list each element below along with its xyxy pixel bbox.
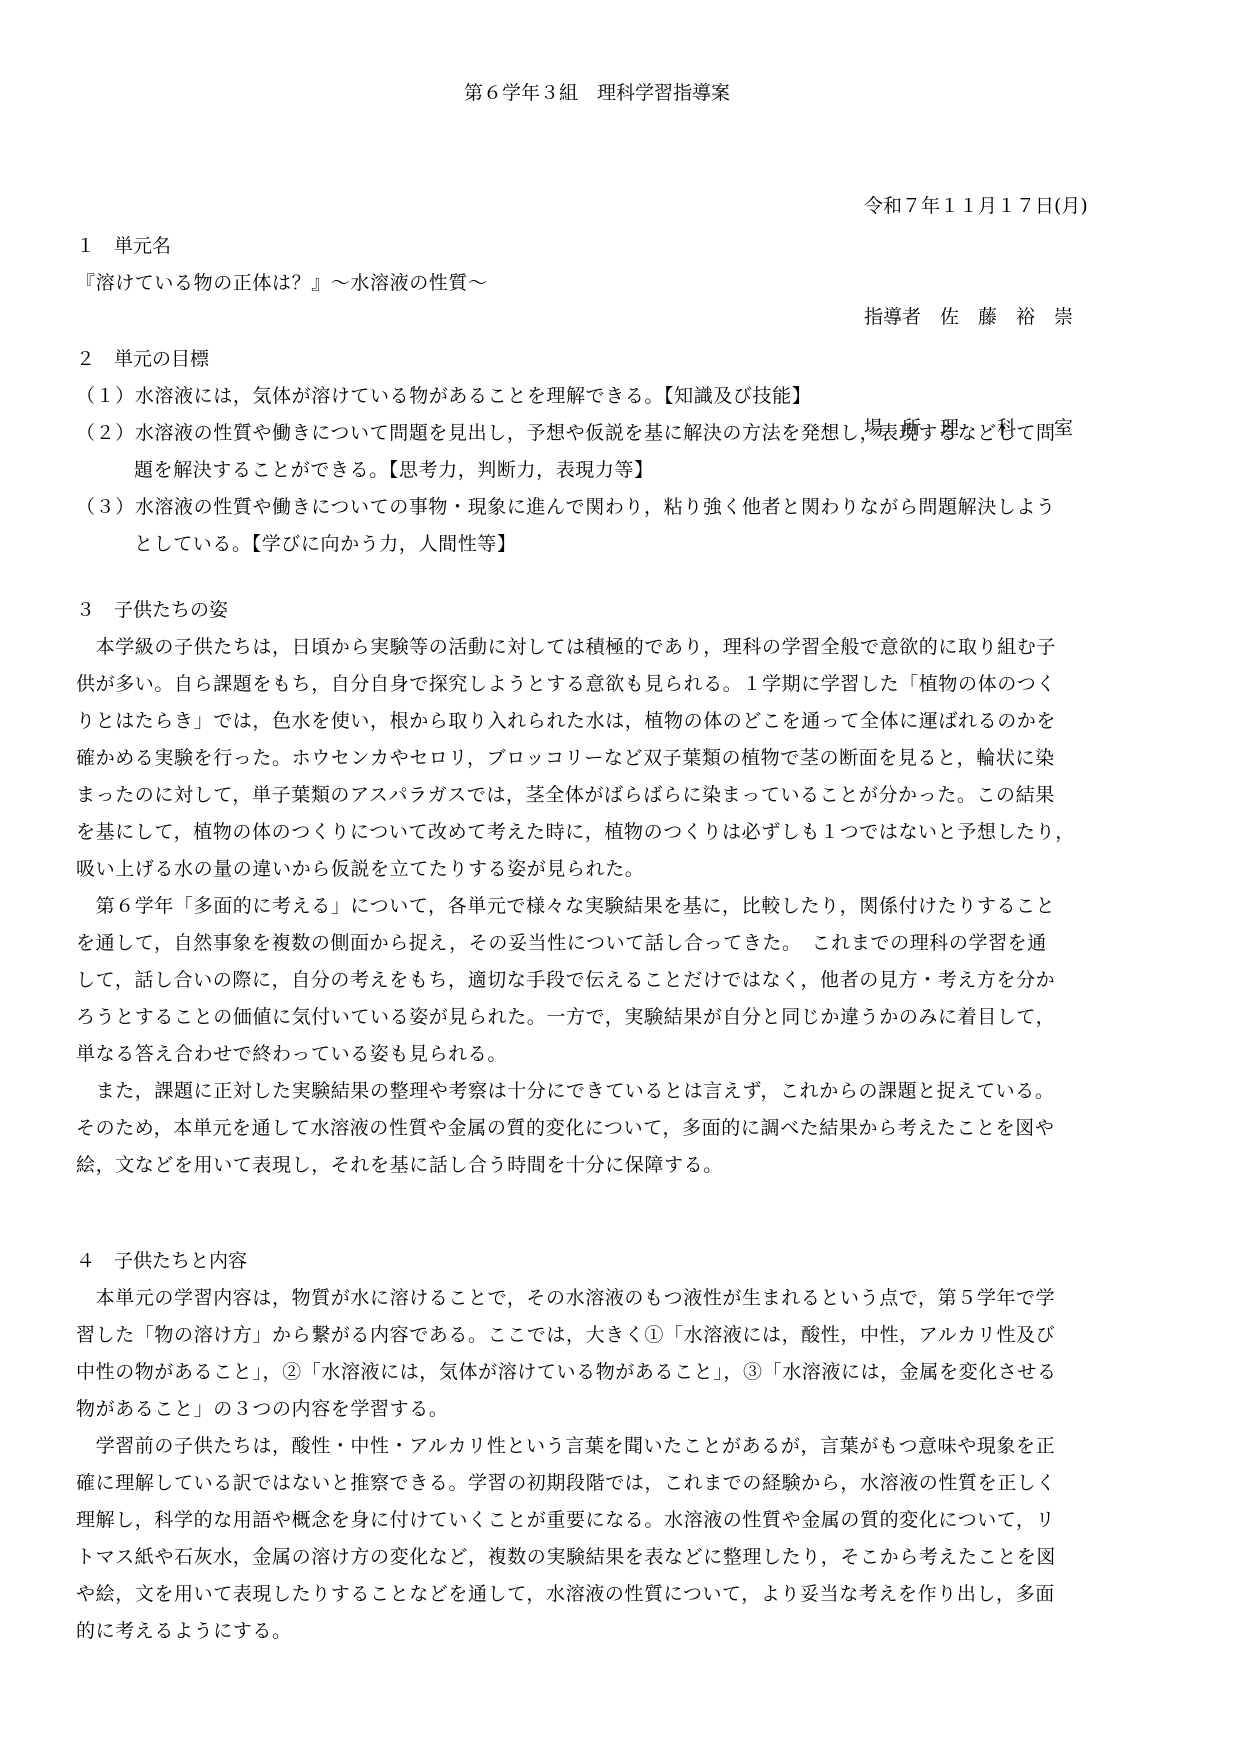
paragraph-line: 本学級の子供たちは，日頃から実験等の活動に対しては積極的であり，理科の学習全般で…	[76, 629, 1168, 666]
paragraph-line: 物があること」の３つの内容を学習する。	[76, 1391, 1168, 1428]
instructor: 指導者 佐 藤 裕 崇	[864, 299, 1088, 336]
goal-item: （２）水溶液の性質や働きについて問題を見出し，予想や仮説を基に解決の方法を発想し…	[76, 415, 1168, 489]
unit-title: 『溶けている物の正体は？』～水溶液の性質～	[76, 265, 1168, 302]
paragraph-line: 単なる答え合わせで終わっている姿も見られる。	[76, 1036, 1168, 1073]
paragraph-line: 供が多い。自ら課題をもち，自分自身で探究しようとする意欲も見られる。１学期に学習…	[76, 666, 1168, 703]
paragraph-line: ろうとすることの価値に気付いている姿が見られた。一方で，実験結果が自分と同じか違…	[76, 999, 1168, 1036]
paragraph-line: 本単元の学習内容は，物質が水に溶けることで，その水溶液のもつ液性が生まれるという…	[76, 1280, 1168, 1317]
goal-text: 水溶液の性質や働きについての事物・現象に進んで関わり，粘り強く他者と関わりながら…	[135, 496, 1056, 518]
goal-text-continued: 題を解決することができる。【思考力，判断力，表現力等】	[76, 452, 1168, 489]
paragraph-line: して，話し合いの際に，自分の考えをもち，適切な手段で伝えることだけではなく，他者…	[76, 962, 1168, 999]
paragraph-line: を基にして，植物の体のつくりについて改めて考えた時に，植物のつくりは必ずしも１つ…	[76, 814, 1168, 851]
goal-text: 水溶液の性質や働きについて問題を見出し，予想や仮説を基に解決の方法を発想し，表現…	[135, 422, 1056, 444]
goal-item: （３）水溶液の性質や働きについての事物・現象に進んで関わり，粘り強く他者と関わり…	[76, 489, 1168, 563]
section-heading: １ 単元名	[76, 228, 1168, 265]
goal-label: （２）	[76, 422, 135, 444]
paragraph-line: りとはたらき」では，色水を使い，根から取り入れられた水は，植物の体のどこを通って…	[76, 703, 1168, 740]
goal-label: （１）	[76, 385, 135, 407]
paragraph-line: 的に考えるようにする。	[76, 1613, 1168, 1650]
paragraph-line: や絵，文を用いて表現したりすることなどを通して，水溶液の性質について，より妥当な…	[76, 1576, 1168, 1613]
goal-item: （１）水溶液には，気体が溶けている物があることを理解できる。【知識及び技能】	[76, 378, 1168, 415]
section-children: ３ 子供たちの姿 本学級の子供たちは，日頃から実験等の活動に対しては積極的であり…	[76, 592, 1168, 1184]
paragraph-line: 吸い上げる水の量の違いから仮説を立てたりする姿が見られた。	[76, 851, 1168, 888]
paragraph-line: 絵，文などを用いて表現し，それを基に話し合う時間を十分に保障する。	[76, 1147, 1168, 1184]
paragraph-line: 習した「物の溶け方」から繋がる内容である。ここでは，大きく①「水溶液には，酸性，…	[76, 1317, 1168, 1354]
paragraph-line: 理解し，科学的な用語や概念を身に付けていくことが重要になる。水溶液の性質や金属の…	[76, 1502, 1168, 1539]
section-goals: ２ 単元の目標 （１）水溶液には，気体が溶けている物があることを理解できる。【知…	[76, 341, 1168, 563]
paragraph-line: また，課題に正対した実験結果の整理や考察は十分にできているとは言えず，これからの…	[76, 1073, 1168, 1110]
paragraph-line: 中性の物があること」，②「水溶液には，気体が溶けている物があること」，③「水溶液…	[76, 1354, 1168, 1391]
section-heading: ４ 子供たちと内容	[76, 1243, 1168, 1280]
section-unit-name: １ 単元名 『溶けている物の正体は？』～水溶液の性質～	[76, 228, 1168, 302]
paragraph-line: 第６学年「多面的に考える」について，各単元で様々な実験結果を基に，比較したり，関…	[76, 888, 1168, 925]
goal-text-continued: としている。【学びに向かう力，人間性等】	[76, 526, 1168, 563]
paragraph-line: 確に理解している訳ではないと推察できる。学習の初期段階では，これまでの経験から，…	[76, 1465, 1168, 1502]
paragraph-line: トマス紙や石灰水，金属の溶け方の変化など，複数の実験結果を表などに整理したり，そ…	[76, 1539, 1168, 1576]
document-title: 第６学年３組 理科学習指導案	[464, 80, 730, 106]
document-page: 第６学年３組 理科学習指導案 令和７年１１月１７日(月) 指導者 佐 藤 裕 崇…	[0, 0, 1241, 1755]
paragraph-line: そのため，本単元を通して水溶液の性質や金属の質的変化について，多面的に調べた結果…	[76, 1110, 1168, 1147]
paragraph-line: 学習前の子供たちは，酸性・中性・アルカリ性という言葉を聞いたことがあるが，言葉が…	[76, 1428, 1168, 1465]
paragraph-line: を通して，自然事象を複数の側面から捉え，その妥当性について話し合ってきた。 これ…	[76, 925, 1168, 962]
section-heading: ２ 単元の目標	[76, 341, 1168, 378]
section-content: ４ 子供たちと内容 本単元の学習内容は，物質が水に溶けることで，その水溶液のもつ…	[76, 1243, 1168, 1650]
goal-label: （３）	[76, 496, 135, 518]
lesson-date: 令和７年１１月１７日(月)	[864, 188, 1088, 225]
paragraph-line: まったのに対して，単子葉類のアスパラガスでは，茎全体がばらばらに染まっていること…	[76, 777, 1168, 814]
goal-text: 水溶液には，気体が溶けている物があることを理解できる。【知識及び技能】	[135, 385, 812, 407]
paragraph-line: 確かめる実験を行った。ホウセンカやセロリ，ブロッコリーなど双子葉類の植物で茎の断…	[76, 740, 1168, 777]
section-heading: ３ 子供たちの姿	[76, 592, 1168, 629]
